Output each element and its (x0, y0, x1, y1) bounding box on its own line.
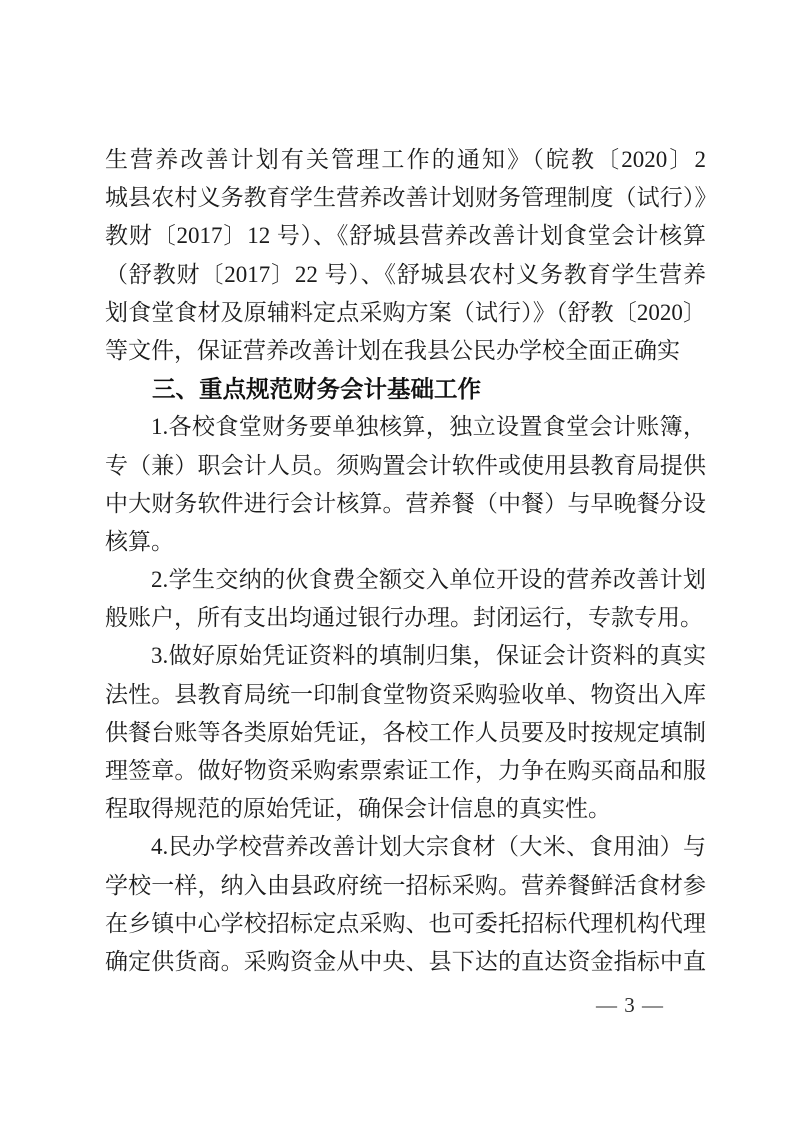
document-page: 生营养改善计划有关管理工作的通知》（皖教〔2020〕2 号）、《舒 城县农村义务… (0, 0, 793, 1122)
section-heading: 三、重点规范财务会计基础工作 (105, 370, 706, 408)
body-line: 法性。县教育局统一印制食堂物资采购验收单、物资出入库单、 (105, 676, 706, 714)
body-line: 确定供货商。采购资金从中央、县下达的直达资金指标中直接支 (105, 943, 706, 981)
body-line: 学校一样，纳入由县政府统一招标采购。营养餐鲜活食材参照所 (105, 867, 706, 905)
body-line: 专（兼）职会计人员。须购置会计软件或使用县教育局提供的新 (105, 447, 706, 485)
body-line: 在乡镇中心学校招标定点采购、也可委托招标代理机构代理招标， (105, 905, 706, 943)
body-line: 3.做好原始凭证资料的填制归集，保证会计资料的真实性合 (105, 637, 706, 675)
body-line: 中大财务软件进行会计核算。营养餐（中餐）与早晚餐分设科目 (105, 485, 706, 523)
body-line: 划食堂食材及原辅料定点采购方案（试行）》（舒教〔2020〕2 号） (105, 294, 706, 332)
body-line: 程取得规范的原始凭证，确保会计信息的真实性。 (105, 790, 706, 828)
body-line: 供餐台账等各类原始凭证，各校工作人员要及时按规定填制并办 (105, 714, 706, 752)
body-line: 1.各校食堂财务要单独核算，独立设置食堂会计账簿，配备 (105, 408, 706, 446)
body-line: 城县农村义务教育学生营养改善计划财务管理制度（试行）》（舒 (105, 179, 706, 217)
body-line: 4.民办学校营养改善计划大宗食材（大米、食用油）与公办 (105, 828, 706, 866)
body-line: 般账户，所有支出均通过银行办理。封闭运行，专款专用。 (105, 599, 706, 637)
page-number: — 3 — (560, 993, 700, 1017)
body-line: 生营养改善计划有关管理工作的通知》（皖教〔2020〕2 号）、《舒 (105, 141, 706, 179)
body-line: 等文件，保证营养改善计划在我县公民办学校全面正确实施。 (105, 332, 706, 370)
body-line: 核算。 (105, 523, 706, 561)
body-line: 理签章。做好物资采购索票索证工作，力争在购买商品和服务过 (105, 752, 706, 790)
body-line: 2.学生交纳的伙食费全额交入单位开设的营养改善计划一 (105, 561, 706, 599)
body-text: 生营养改善计划有关管理工作的通知》（皖教〔2020〕2 号）、《舒 城县农村义务… (105, 141, 706, 981)
body-line: 教财〔2017〕12 号）、《舒城县营养改善计划食堂会计核算制度》 (105, 217, 706, 255)
body-line: （舒教财〔2017〕22 号）、《舒城县农村义务教育学生营养改善计 (105, 256, 706, 294)
